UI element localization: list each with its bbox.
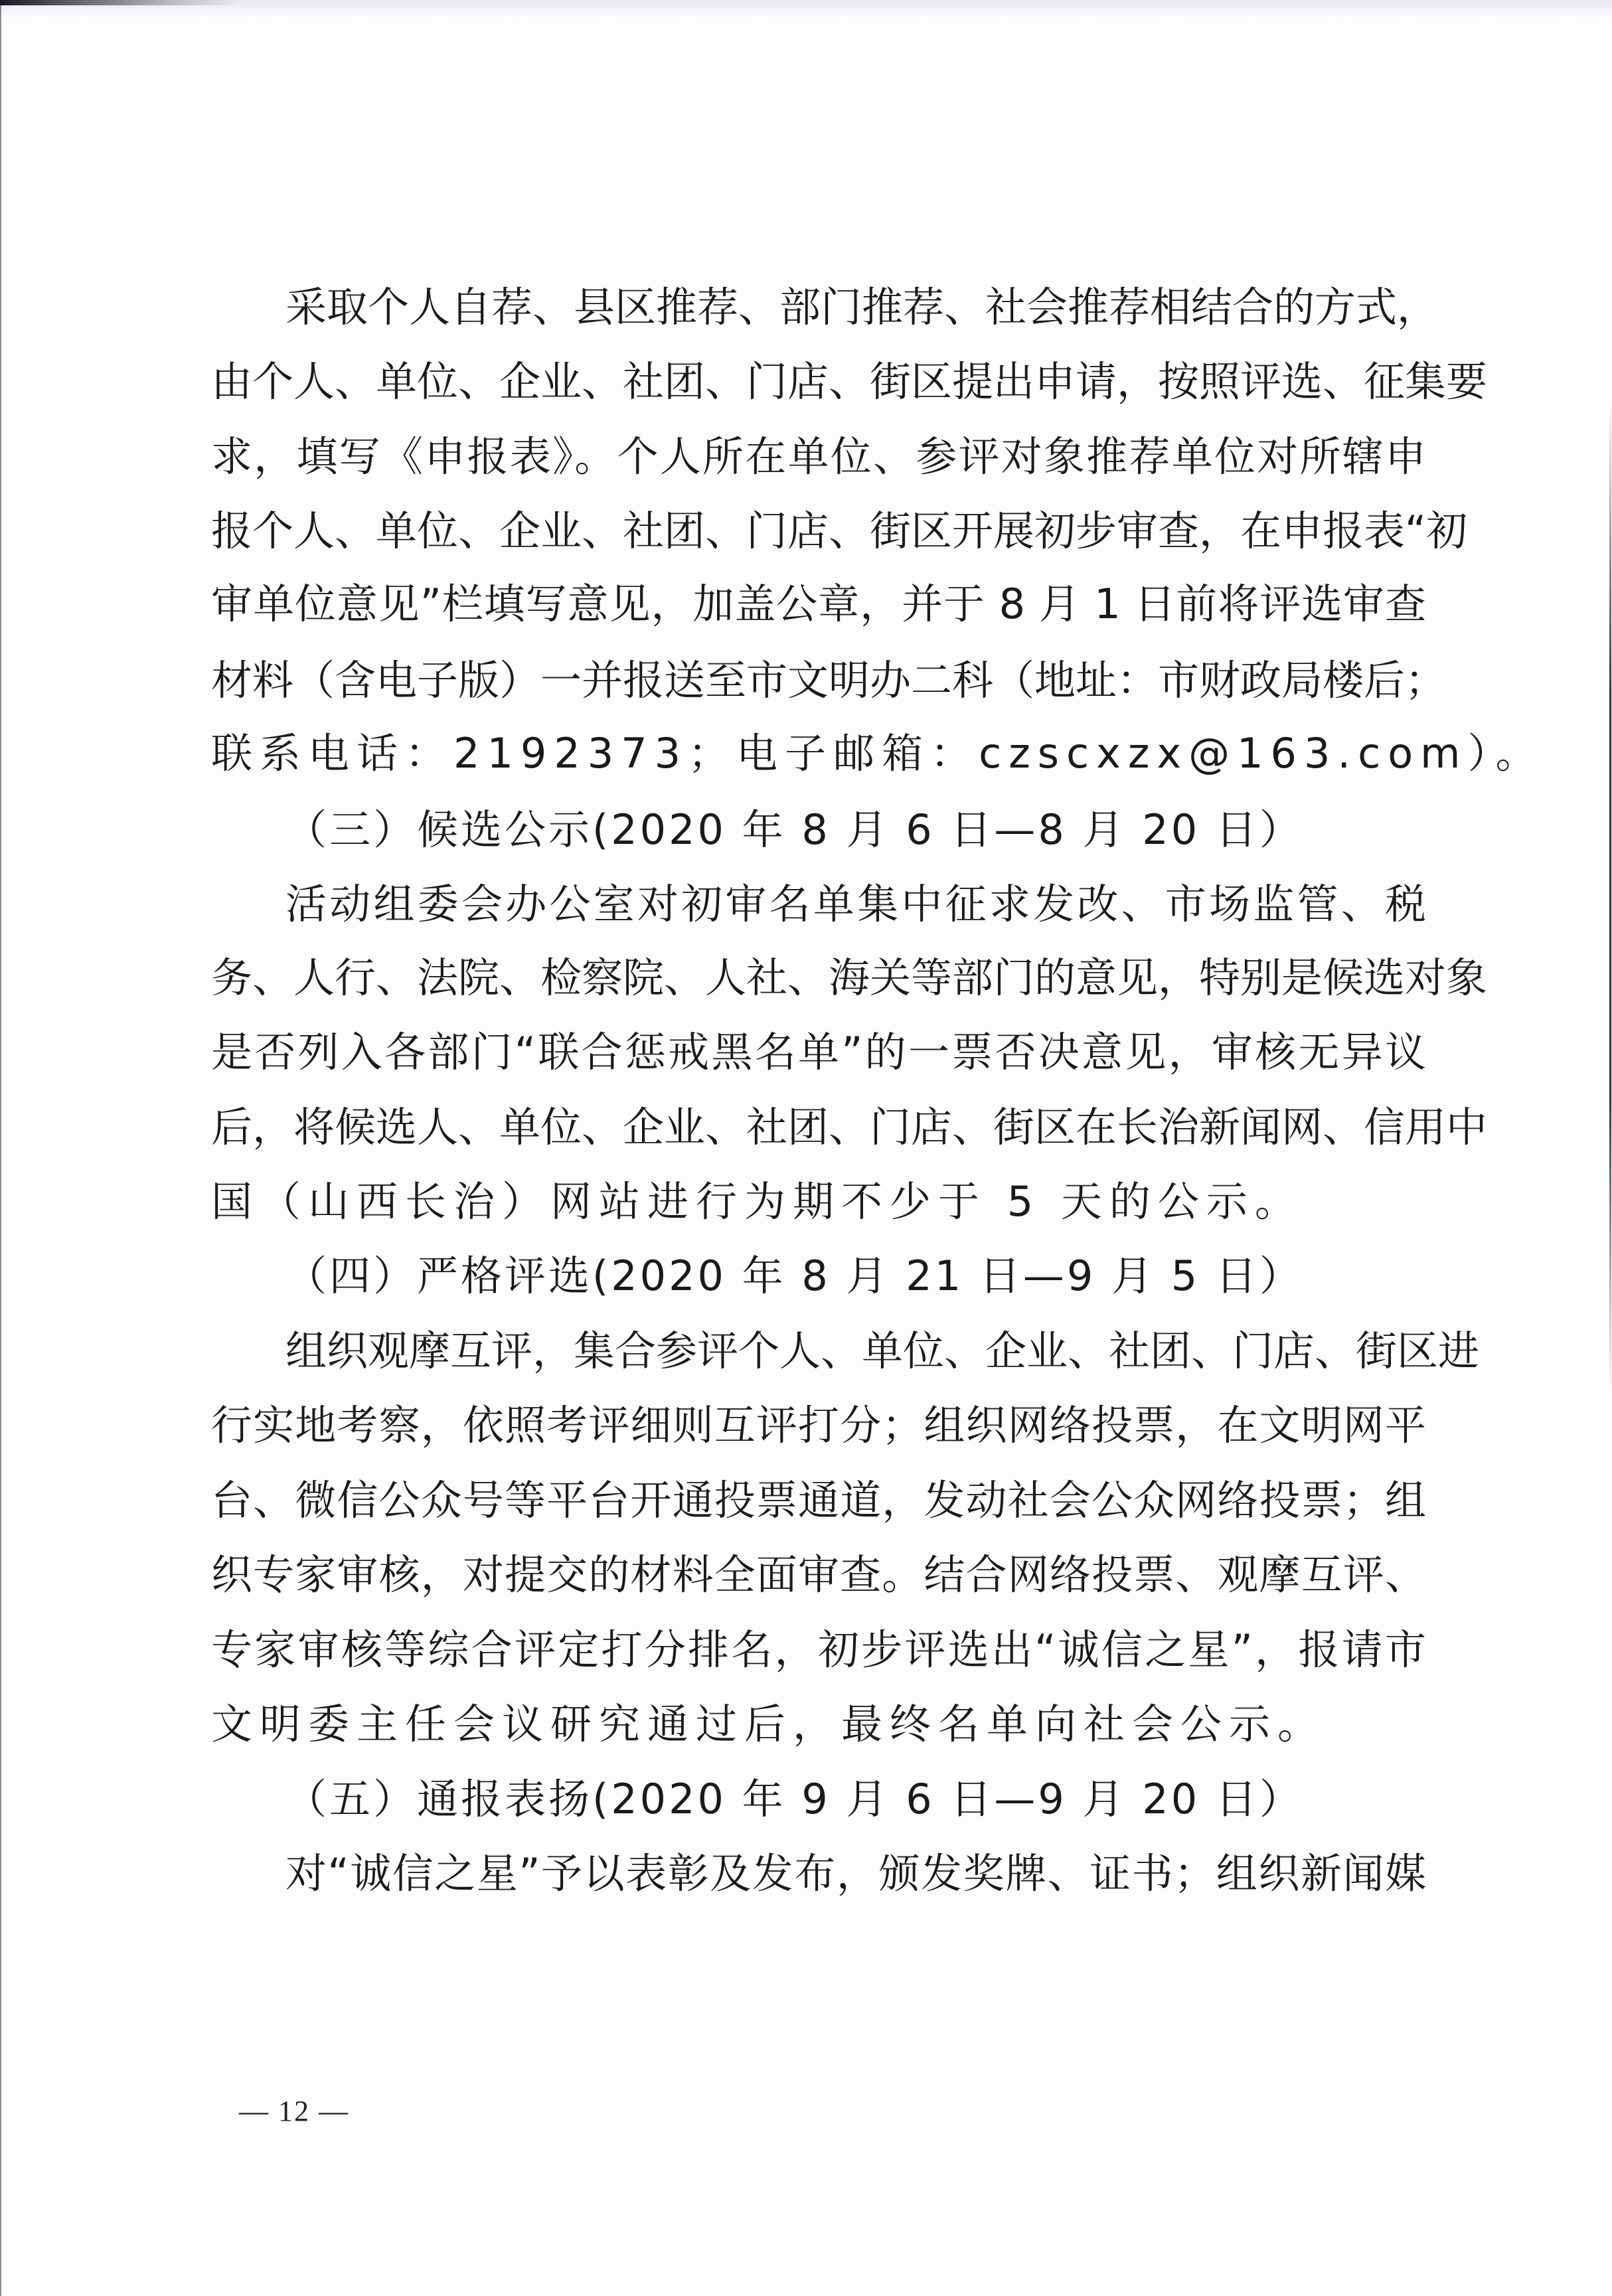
text-line: 务、人行、法院、检察院、人社、海关等部门的意见，特别是候选对象 [211, 945, 1426, 1011]
scan-shadow-corner [0, 0, 239, 5]
text-line: 织专家审核，对提交的材料全面审查。结合网络投票、观摩互评、 [211, 1542, 1426, 1608]
scan-edge-top [0, 0, 1612, 19]
text-line: 报个人、单位、企业、社团、门店、街区开展初步审查，在申报表“初 [211, 498, 1426, 564]
text-line: 文明委主任会议研究通过后，最终名单向社会公示。 [211, 1691, 1426, 1758]
text-line: 审单位意见”栏填写意见，加盖公章，并于 8 月 1 日前将评选审查 [211, 571, 1426, 637]
text-line: 后，将候选人、单位、企业、社团、门店、街区在长治新闻网、信用中 [211, 1094, 1426, 1161]
text-line: 求，填写《申报表》。个人所在单位、参评对象推荐单位对所辖申 [211, 424, 1426, 490]
text-line-contact: 联系电话：2192373；电子邮箱：czscxzx@163.com）。 [211, 720, 1426, 787]
text-line: 行实地考察，依照考评细则互评打分；组织网络投票，在文明网平 [211, 1392, 1426, 1459]
text-line: 台、微信公众号等平台开通投票通道，发动社会公众网络投票；组 [211, 1467, 1426, 1534]
section-heading-candidate-publicity: （三）候选公示(2020 年 8 月 6 日—8 月 20 日） [285, 797, 1426, 863]
section-heading-commendation: （五）通报表扬(2020 年 9 月 6 日—9 月 20 日） [285, 1766, 1426, 1833]
text-line: 组织观摩互评，集合参评个人、单位、企业、社团、门店、街区进 [285, 1318, 1426, 1384]
text-line: 国（山西长治）网站进行为期不少于 5 天的公示。 [211, 1169, 1426, 1235]
text-line: 由个人、单位、企业、社团、门店、街区提出申请，按照评选、征集要 [211, 349, 1426, 415]
text-line: 对“诚信之星”予以表彰及发布，颁发奖牌、证书；组织新闻媒 [285, 1841, 1426, 1907]
text-line: 采取个人自荐、县区推荐、部门推荐、社会推荐相结合的方式， [285, 274, 1426, 341]
text-line: 专家审核等综合评定打分排名，初步评选出“诚信之星”，报请市 [211, 1617, 1426, 1683]
text-line: 材料（含电子版）一并报送至市文明办二科（地址：市财政局楼后； [211, 647, 1426, 714]
section-heading-strict-selection: （四）严格评选(2020 年 8 月 21 日—9 月 5 日） [285, 1243, 1426, 1309]
text-line: 是否列入各部门“联合惩戒黑名单”的一票否决意见，审核无异议 [211, 1019, 1426, 1086]
scan-edge-left [0, 0, 1, 2296]
text-line: 活动组委会办公室对初审名单集中征求发改、市场监管、税 [285, 871, 1426, 938]
scan-edge-right [1609, 398, 1611, 1394]
page-number: — 12 — [239, 2091, 349, 2131]
